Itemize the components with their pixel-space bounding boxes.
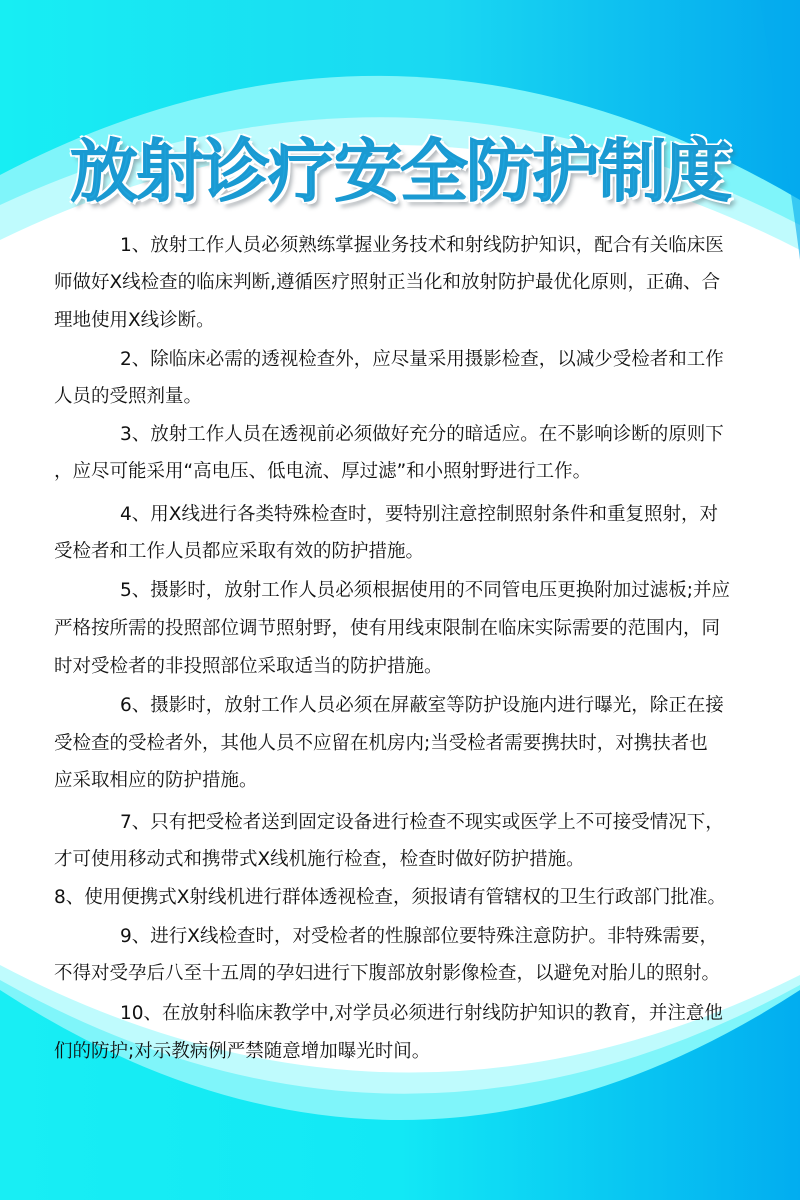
paragraph-2-line-1: 2、除临床必需的透视检查外，应尽量采用摄影检查，以减少受检者和工作 [120,345,724,371]
paragraph-4-line-1: 4、用X线进行各类特殊检查时，要特别注意控制照射条件和重复照射，对 [120,500,718,526]
paragraph-6-line-2: 受检查的受检者外，其他人员不应留在机房内;当受检者需要携扶时，对携扶者也 [54,729,708,755]
paragraph-2-line-2: 人员的受照剂量。 [54,382,202,408]
paragraph-6-line-1: 6、摄影时，放射工作人员必须在屏蔽室等防护设施内进行曝光，除正在接 [120,691,724,717]
paragraph-5-line-2: 严格按所需的投照部位调节照射野，使有用线束限制在临床实际需要的范围内，同 [54,614,720,640]
paragraph-8-line-1: 8、使用便携式X射线机进行群体透视检查，须报请有管辖权的卫生行政部门批准。 [54,883,726,909]
paragraph-5-line-3: 时对受检者的非投照部位采取适当的防护措施。 [54,652,443,678]
paragraph-6-line-3: 应采取相应的防护措施。 [54,766,258,792]
paragraph-9-line-2: 不得对受孕后八至十五周的孕妇进行下腹部放射影像检查，以避免对胎儿的照射。 [54,959,720,985]
paragraph-7-line-2: 才可使用移动式和携带式X线机施行检查，检查时做好防护措施。 [54,845,585,871]
paragraph-7-line-1: 7、只有把受检者送到固定设备进行检查不现实或医学上不可接受情况下， [120,808,724,834]
paragraph-10-line-2: 们的防护;对示教病例严禁随意增加曝光时间。 [54,1037,430,1063]
paragraph-10-line-1: 10、在放射科临床教学中,对学员必须进行射线防护知识的教育，并注意他 [120,999,723,1025]
paragraph-3-line-1: 3、放射工作人员在透视前必须做好充分的暗适应。在不影响诊断的原则下 [120,420,724,446]
paragraph-1-line-2: 师做好X线检查的临床判断,遵循医疗照射正当化和放射防护最优化原则，正确、合 [54,268,720,294]
paragraph-3-line-2: ，应尽可能采用“高电压、低电流、厚过滤”和小照射野进行工作。 [54,457,591,483]
paragraph-1-line-1: 1、放射工作人员必须熟练掌握业务技术和射线防护知识，配合有关临床医 [120,231,724,257]
paragraph-9-line-1: 9、进行X线检查时，对受检者的性腺部位要特殊注意防护。非特殊需要， [120,922,718,948]
regulation-body: 1、放射工作人员必须熟练掌握业务技术和射线防护知识，配合有关临床医 师做好X线检… [0,0,800,1200]
paragraph-4-line-2: 受检者和工作人员都应采取有效的防护措施。 [54,537,424,563]
paragraph-5-line-1: 5、摄影时，放射工作人员必须根据使用的不同管电压更换附加过滤板;并应 [120,576,730,602]
paragraph-1-line-3: 理地使用X线诊断。 [54,306,215,332]
